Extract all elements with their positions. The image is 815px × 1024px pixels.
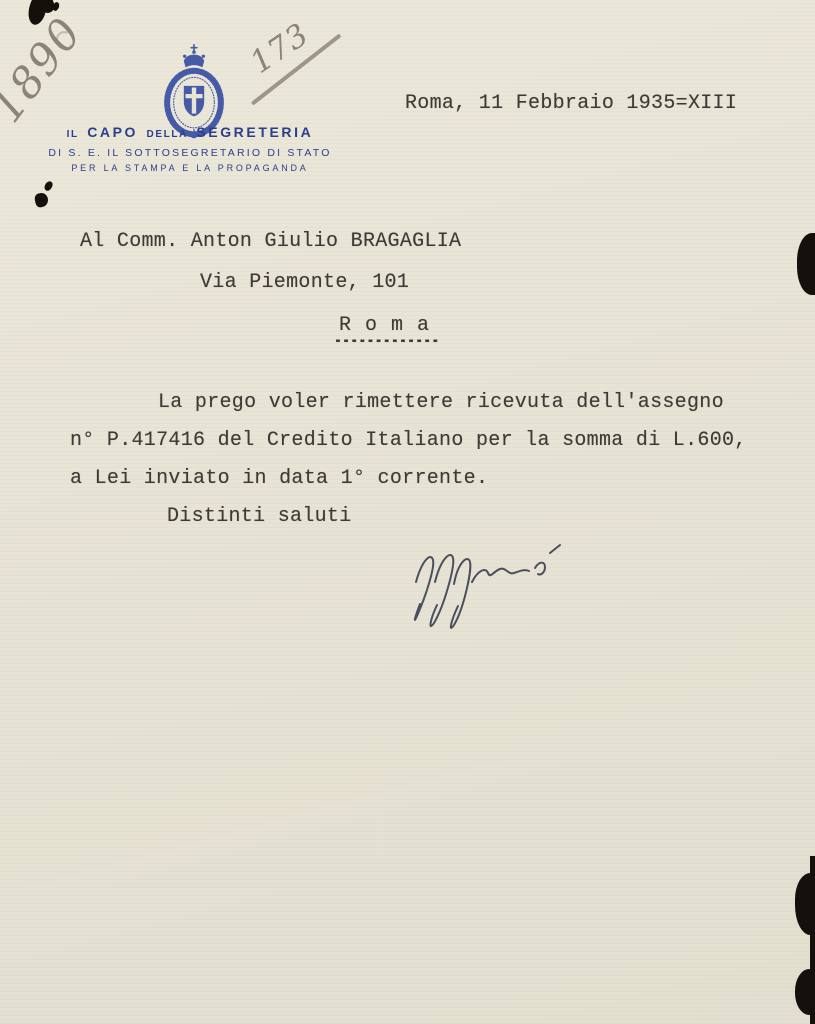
body-line-3: a Lei inviato in data 1° corrente. xyxy=(70,468,488,490)
ink-blot-left-edge xyxy=(43,180,54,192)
letterhead-line1: IL CAPO DELLA SEGRETERIA xyxy=(30,124,350,142)
ink-blot-left-edge xyxy=(34,192,50,208)
city-underline-dashes: ------------- xyxy=(334,331,440,353)
ink-blot-bottom-right xyxy=(795,969,815,1015)
letterhead: IL CAPO DELLA SEGRETERIA DI S. E. IL SOT… xyxy=(30,124,350,173)
letterhead-word-capo: CAPO xyxy=(87,124,138,140)
recipient-street: Via Piemonte, 101 xyxy=(200,272,409,294)
handwritten-number-1890: 1890 xyxy=(0,8,93,132)
handwritten-number-173: 173 xyxy=(244,16,316,81)
scanned-letter-page: 1890 173 IL CAPO DELLA SEGRETERIA DI S. … xyxy=(0,0,815,1024)
ink-blot-right-edge xyxy=(797,233,815,295)
letterhead-line2: DI S. E. IL SOTTOSEGRETARIO DI STATO xyxy=(30,147,350,159)
body-line-1: La prego voler rimettere ricevuta dell'a… xyxy=(158,392,724,414)
closing-salutation: Distinti saluti xyxy=(167,506,352,528)
signature-icon xyxy=(408,532,588,637)
body-line-2: n° P.417416 del Credito Italiano per la … xyxy=(70,430,747,452)
date-line: Roma, 11 Febbraio 1935=XIII xyxy=(405,93,737,115)
letterhead-word-il: IL xyxy=(67,129,79,140)
letterhead-line3: PER LA STAMPA E LA PROPAGANDA xyxy=(30,163,350,173)
letterhead-word-segreteria: SEGRETERIA xyxy=(196,124,313,140)
letterhead-word-della: DELLA xyxy=(147,129,188,140)
recipient-name: Al Comm. Anton Giulio BRAGAGLIA xyxy=(80,231,461,253)
